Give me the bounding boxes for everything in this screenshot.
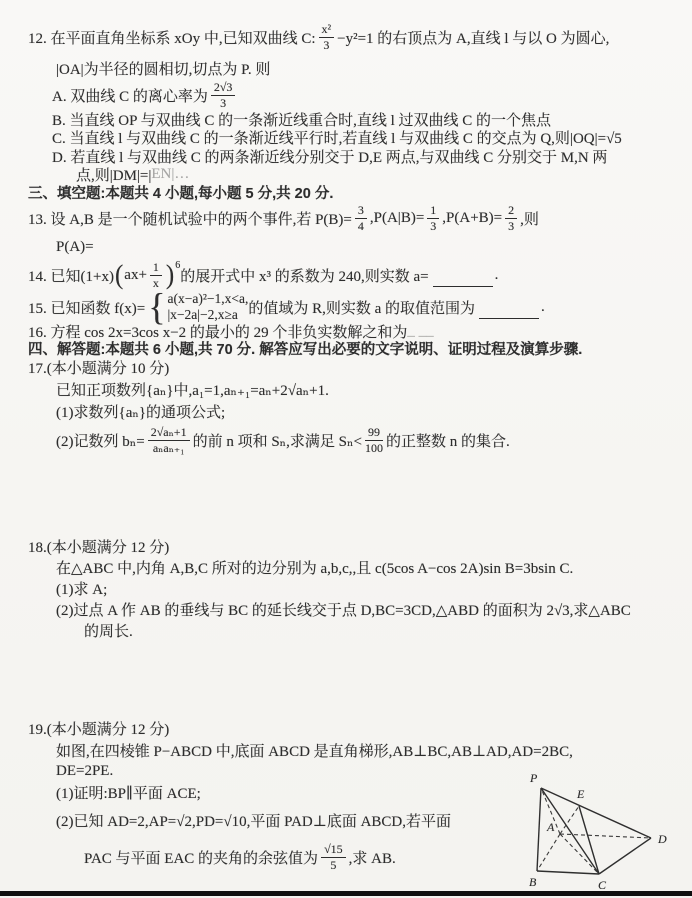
question-18-part-2-line-2: 的周长. xyxy=(0,620,692,640)
fraction-numerator: 1 xyxy=(150,261,162,276)
q13-text-c: ,P(A+B)= xyxy=(442,210,502,227)
q12-line-2-text: |OA|为半径的圆相切,切点为 P. 则 xyxy=(56,58,270,79)
section-3-title: 三、填空题:本题共 4 小题,每小题 5 分,共 20 分. xyxy=(28,182,333,203)
question-17-line-2: 已知正项数列{aₙ}中,a₁=1,aₙ₊₁=aₙ+2√aₙ+1. xyxy=(0,378,692,400)
fraction: x² 3 xyxy=(319,23,335,52)
left-brace: { xyxy=(148,288,165,326)
fraction-denominator: 4 xyxy=(358,219,364,233)
page-bottom-rule xyxy=(0,891,692,896)
left-parenthesis: ( xyxy=(115,262,123,289)
q18-part-2-text: (2)过点 A 作 AB 的垂线与 BC 的延长线交于点 D,BC=3CD,△A… xyxy=(56,599,631,620)
question-15: 15. 已知函数 f(x)= { a(x−a)²−1,x<a, |x−2a|−2… xyxy=(0,291,692,323)
fraction-numerator: 1 xyxy=(427,204,439,219)
q18-part-2-text-2: 的周长. xyxy=(84,620,133,641)
fraction-numerator: √15 xyxy=(321,843,346,858)
fraction: 3 4 xyxy=(355,204,367,233)
right-parenthesis: ) xyxy=(166,262,174,289)
fraction-numerator: 2 xyxy=(505,204,517,219)
vertex-label-E: E xyxy=(576,787,585,801)
question-14: 14. 已知(1+x) ( ax+ 1 x ) 6 的展开式中 x³ 的系数为 … xyxy=(0,259,692,291)
q13-text-b: ,P(A|B)= xyxy=(370,210,424,227)
question-12-line-2: |OA|为半径的圆相切,切点为 P. 则 xyxy=(0,56,692,80)
q17-head-text: 17.(本小题满分 10 分) xyxy=(28,357,169,378)
fraction: 1 3 xyxy=(427,204,439,233)
q19-part-2-text-3: ,求 AB. xyxy=(349,847,396,868)
fraction: 2 3 xyxy=(505,204,517,233)
q17-part-1-text: (1)求数列{aₙ}的通项公式; xyxy=(56,401,225,422)
section-3-header: 三、填空题:本题共 4 小题,每小题 5 分,共 20 分. xyxy=(0,183,692,201)
fraction-denominator: 3 xyxy=(430,219,436,233)
question-12-option-d-line-2: 点,则|DM|=| EN|… xyxy=(0,165,692,183)
q19-given-text-2: DE=2PE. xyxy=(56,763,113,780)
q16-blank: _ __ xyxy=(407,323,433,340)
vertex-label-A: A xyxy=(546,820,555,834)
spacer xyxy=(0,0,692,18)
vertex-label-D: D xyxy=(657,832,667,846)
question-12-option-d: D. 若直线 l 与双曲线 C 的两条渐近线分别交于 D,E 两点,与双曲线 C… xyxy=(0,147,692,165)
fraction: √15 5 xyxy=(321,843,346,872)
question-12-option-b: B. 当直线 OP 与双曲线 C 的一条渐近线重合时,直线 l 过双曲线 C 的… xyxy=(0,110,692,128)
answer-blank xyxy=(479,305,539,319)
piecewise-row-1: a(x−a)²−1,x<a, xyxy=(167,291,248,307)
question-19-header: 19.(本小题满分 12 分) xyxy=(0,717,692,739)
question-13-line-1: 13. 设 A,B 是一个随机试验中的两个事件,若 P(B)= 3 4 ,P(A… xyxy=(0,201,692,235)
q18-head-text: 18.(本小题满分 12 分) xyxy=(28,536,169,557)
edge-EC xyxy=(579,806,599,874)
q14-inner-text: ax+ xyxy=(124,267,147,284)
section-4-title: 四、解答题:本题共 6 小题,共 70 分. 解答应写出必要的文字说明、证明过程… xyxy=(28,338,582,359)
q13-text-a: 13. 设 A,B 是一个随机试验中的两个事件,若 P(B)= xyxy=(28,208,352,229)
vertex-label-B: B xyxy=(529,875,537,889)
q15-period: . xyxy=(541,299,545,316)
q17-given-text: 已知正项数列{aₙ}中,a₁=1,aₙ₊₁=aₙ+2√aₙ+1. xyxy=(56,379,329,400)
fraction-numerator: 2√3 xyxy=(211,81,236,96)
question-18-header: 18.(本小题满分 12 分) xyxy=(0,535,692,557)
question-17-part-2: (2)记数列 bₙ= 2√aₙ+1 aₙaₙ₊₁ 的前 n 项和 Sₙ,求满足 … xyxy=(0,422,692,458)
fraction-numerator: 2√aₙ+1 xyxy=(148,426,190,441)
question-12-line-1: 12. 在平面直角坐标系 xOy 中,已知双曲线 C: x² 3 −y²=1 的… xyxy=(0,18,692,56)
q14-text-b: 的展开式中 x³ 的系数为 240,则实数 a= xyxy=(180,265,428,286)
question-18-part-1: (1)求 A; xyxy=(0,578,692,599)
q14-period: . xyxy=(495,267,499,284)
fraction-numerator: 99 xyxy=(365,426,383,441)
q17-part-2-text-c: 的正整数 n 的集合. xyxy=(386,430,510,451)
fraction-numerator: x² xyxy=(319,23,335,38)
spacer xyxy=(0,640,692,717)
edge-CD xyxy=(599,838,651,874)
q19-part-2-text-2: PAC 与平面 EAC 的夹角的余弦值为 xyxy=(84,847,318,868)
q15-text-b: 的值域为 R,则实数 a 的取值范围为 xyxy=(248,297,475,318)
q19-part-2-text: (2)已知 AD=2,AP=√2,PD=√10,平面 PAD⊥底面 ABCD,若… xyxy=(56,810,451,831)
fraction-denominator: 3 xyxy=(220,96,226,110)
q18-given-text: 在△ABC 中,内角 A,B,C 所对的边分别为 a,b,c,,且 c(5cos… xyxy=(56,557,573,578)
vertex-label-P: P xyxy=(529,771,538,785)
fraction: 2√3 3 xyxy=(211,81,236,110)
fraction-denominator: 100 xyxy=(365,441,383,455)
question-13-line-2: P(A)= xyxy=(0,235,692,259)
q14-text-a: 14. 已知(1+x) xyxy=(28,265,114,286)
question-17-header: 17.(本小题满分 10 分) xyxy=(0,357,692,378)
option-d-faded-text: EN|… xyxy=(151,166,189,183)
q19-given-text: 如图,在四棱锥 P−ABCD 中,底面 ABCD 是直角梯形,AB⊥BC,AB⊥… xyxy=(56,740,573,761)
q18-part-1-text: (1)求 A; xyxy=(56,578,107,599)
section-4-header: 四、解答题:本题共 6 小题,共 70 分. 解答应写出必要的文字说明、证明过程… xyxy=(0,340,692,357)
exam-paper-page: 12. 在平面直角坐标系 xOy 中,已知双曲线 C: x² 3 −y²=1 的… xyxy=(0,0,692,898)
q19-part-1-text: (1)证明:BP∥平面 ACE; xyxy=(56,782,201,803)
fraction-numerator: 3 xyxy=(355,204,367,219)
q12-text-a: 12. 在平面直角坐标系 xOy 中,已知双曲线 C: xyxy=(28,27,316,48)
edge-BC xyxy=(537,871,599,874)
edge-PB xyxy=(537,788,541,871)
question-12-option-c: C. 当直线 l 与双曲线 C 的一条渐近线平行时,若直线 l 与双曲线 C 的… xyxy=(0,128,692,147)
fraction: 99 100 xyxy=(365,426,383,455)
fraction-denominator: 5 xyxy=(330,858,336,872)
q13-answer-prompt: P(A)= xyxy=(56,239,94,256)
q19-head-text: 19.(本小题满分 12 分) xyxy=(28,718,169,739)
spacer xyxy=(0,458,692,535)
fraction-denominator: 3 xyxy=(323,38,329,52)
q17-part-2-text-a: (2)记数列 bₙ= xyxy=(56,430,145,451)
answer-blank xyxy=(433,273,493,287)
piecewise-function: a(x−a)²−1,x<a, |x−2a|−2,x≥a xyxy=(167,291,248,323)
question-18-line-2: 在△ABC 中,内角 A,B,C 所对的边分别为 a,b,c,,且 c(5cos… xyxy=(0,557,692,578)
question-17-part-1: (1)求数列{aₙ}的通项公式; xyxy=(0,400,692,422)
q17-part-2-text-b: 的前 n 项和 Sₙ,求满足 Sₙ< xyxy=(193,430,362,451)
fraction-denominator: 3 xyxy=(508,219,514,233)
edge-AB-dashed xyxy=(537,834,560,871)
fraction-denominator: aₙaₙ₊₁ xyxy=(153,441,185,455)
q15-text-a: 15. 已知函数 f(x)= xyxy=(28,297,145,318)
question-18-part-2: (2)过点 A 作 AB 的垂线与 BC 的延长线交于点 D,BC=3CD,△A… xyxy=(0,599,692,620)
fraction: 2√aₙ+1 aₙaₙ₊₁ xyxy=(148,426,190,455)
q13-text-d: ,则 xyxy=(520,208,539,229)
option-a-text: A. 双曲线 C 的离心率为 xyxy=(52,85,208,106)
vertex-label-C: C xyxy=(598,878,607,892)
pyramid-figure: P E A B C D xyxy=(503,750,678,895)
q12-text-b: −y²=1 的右顶点为 A,直线 l 与以 O 为圆心, xyxy=(337,27,609,48)
question-12-option-a: A. 双曲线 C 的离心率为 2√3 3 xyxy=(0,80,692,110)
